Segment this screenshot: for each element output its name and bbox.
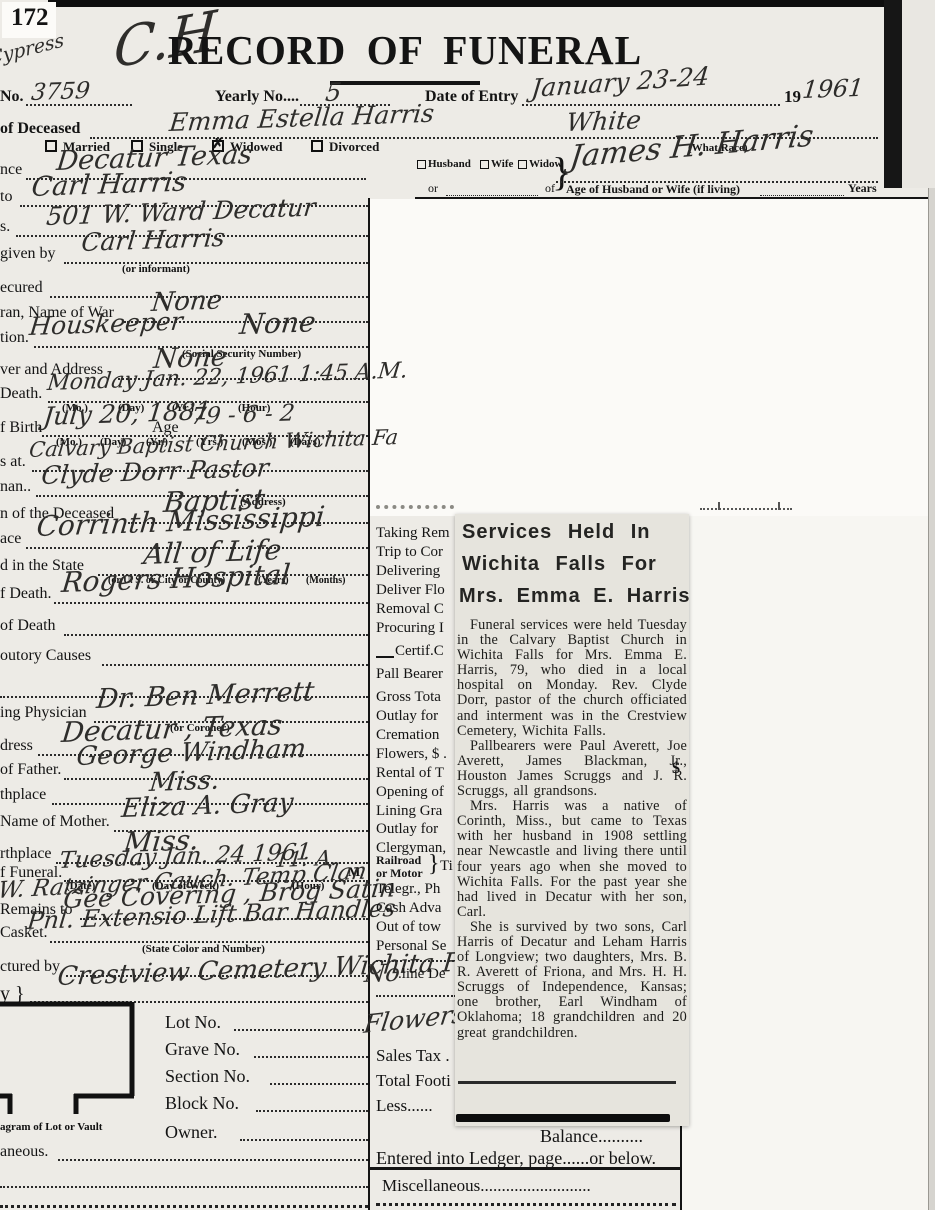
charge-or-motor: or Motor	[376, 866, 423, 881]
charge-outlay-1: Outlay for	[376, 708, 438, 725]
next-page-sliver	[902, 0, 935, 188]
charge-to-label: to	[0, 188, 12, 206]
block-no-leader	[256, 1110, 368, 1112]
mother-value: Eliza A. Gray	[120, 788, 295, 824]
age-value: 79 - 6 - 2	[190, 400, 296, 430]
lot-vault-diagram	[0, 996, 146, 1121]
funeral-record-page: 172 Cypress C.H RECORD OF FUNERAL No. 37…	[0, 0, 935, 1210]
no-value: 3759	[30, 78, 91, 106]
charge-opening: Opening of	[376, 784, 444, 801]
charge-personal-service: Personal Se	[376, 938, 446, 955]
father-birthplace-label: thplace	[0, 786, 46, 804]
charge-removal: Removal C	[376, 601, 444, 618]
charge-cash-advanced: Cash Adva	[376, 900, 441, 917]
ledger-label: Entered into Ledger, page......or below.	[376, 1148, 656, 1169]
clipping-paragraph-1: Funeral services were held Tuesday in th…	[457, 618, 687, 739]
charge-total-footing: Total Footi	[376, 1071, 451, 1091]
misc-left-leader	[58, 1159, 368, 1161]
given-by-leader	[64, 262, 368, 264]
checkbox-husband[interactable]	[417, 160, 426, 169]
right-bottom-edge	[376, 1203, 676, 1206]
entry-year-printed: 19	[784, 87, 801, 107]
lot-no-leader	[234, 1029, 368, 1031]
charge-cremation: Cremation	[376, 727, 439, 744]
grave-no-label: Grave No.	[165, 1039, 240, 1060]
charge-out-of-town: Out of tow	[376, 919, 441, 936]
checkbox-wife-label: Wife	[491, 158, 513, 170]
contributory-leader	[102, 664, 368, 666]
total-footing-rule	[458, 1081, 676, 1084]
or-informant-caption: (or informant)	[122, 263, 190, 275]
place-of-death-leader	[54, 602, 368, 604]
right-column-divider	[680, 1120, 682, 1210]
clipping-bottom-bar	[456, 1114, 670, 1122]
clipping-paragraph-3: Mrs. Harris was a native of Corinth, Mis…	[457, 799, 687, 920]
deceased-label: of Deceased	[0, 120, 80, 138]
date-of-death-label: Death.	[0, 385, 42, 403]
years-label: Years	[848, 181, 877, 196]
balance-label: Balance..........	[540, 1126, 643, 1147]
secured-label: ecured	[0, 279, 43, 297]
age-of-spouse-label: Age of Husband or Wife (if living)	[566, 182, 740, 197]
owner-label: Owner.	[165, 1122, 218, 1143]
clipping-paragraph-2: Pallbearers were Paul Averett, Joe Avere…	[457, 739, 687, 799]
clipping-paragraph-4: She is survived by two sons, Carl Harris…	[457, 920, 687, 1041]
left-bottom-edge	[0, 1205, 368, 1208]
owner-leader	[240, 1139, 368, 1141]
overlay-tick-2	[778, 502, 780, 510]
scrawl-no: No	[363, 959, 401, 988]
services-at-label: s at.	[0, 453, 26, 471]
overlay-sheet-top	[370, 199, 928, 516]
title-underline	[330, 81, 480, 85]
overlay-tick-1	[718, 502, 720, 510]
given-by-value: Carl Harris	[80, 223, 226, 257]
date-of-birth-label: f Birth	[0, 419, 42, 437]
cause-leader	[64, 634, 368, 636]
stray-dollar-sign: $	[672, 760, 680, 778]
section-no-label: Section No.	[165, 1066, 250, 1087]
charge-certif-copies: Certif.C	[395, 643, 444, 660]
charge-dots-2	[376, 995, 456, 997]
clipping-headline-1: Services Held In	[462, 521, 651, 544]
grave-no-leader	[254, 1056, 368, 1058]
entry-leader	[522, 104, 780, 106]
checkbox-widow[interactable]	[518, 160, 527, 169]
place-of-death-label: f Death.	[0, 585, 52, 603]
occupation-label: tion.	[0, 329, 29, 347]
charge-taking-remains: Taking Rem	[376, 525, 450, 542]
manufactured-by-label: ctured by	[0, 958, 60, 976]
charge-rental: Rental of T	[376, 765, 444, 782]
checkbox-married[interactable]	[45, 140, 57, 152]
charge-line-de: .line De	[398, 966, 445, 983]
date-of-birth-value: July 20, 1881	[42, 396, 212, 431]
column-divider	[368, 198, 370, 1210]
charge-telegrams: Telegr., Ph	[376, 881, 440, 898]
clipping-headline-3: Mrs. Emma E. Harris	[459, 585, 691, 608]
faded-charge-line	[376, 505, 454, 509]
residence-label: nce	[0, 161, 22, 179]
deceased-name-value: Emma Estella Harris	[168, 99, 436, 137]
form-title: RECORD OF FUNERAL	[168, 26, 642, 74]
clergyman-name-label: nan..	[0, 478, 31, 496]
mother-label: Name of Mother.	[0, 813, 110, 831]
checkbox-divorced-label: Divorced	[329, 139, 379, 155]
left-blank-leader2	[0, 1186, 368, 1188]
overlay-sheet-right	[682, 516, 928, 1210]
state-color-caption: (State Color and Number)	[142, 943, 265, 955]
charge-outlay-2: Outlay for	[376, 821, 438, 838]
lot-no-label: Lot No.	[165, 1012, 221, 1033]
age-leader	[760, 195, 844, 196]
charge-pall-bearers: Pall Bearer	[376, 666, 443, 683]
scrawl-flowers: Flowers	[362, 999, 467, 1039]
or-label: or	[428, 181, 438, 196]
place-of-death-value: Rogers Hospital	[60, 558, 292, 599]
charge-deliver-flowers: Deliver Flo	[376, 582, 445, 599]
page-number: 172	[11, 4, 49, 32]
given-by-label: given by	[0, 245, 56, 263]
block-no-label: Block No.	[165, 1093, 239, 1114]
charge-gross-total: Gross Tota	[376, 689, 441, 706]
charge-lining-grave: Lining Gra	[376, 803, 442, 820]
checkbox-divorced[interactable]	[311, 140, 323, 152]
of-label: of	[545, 181, 555, 196]
cause-of-death-label: of Death	[0, 617, 56, 635]
charge-less: Less......	[376, 1096, 433, 1116]
charge-flowers: Flowers, $ .	[376, 746, 447, 763]
lived-cap-months: (Months)	[306, 575, 345, 586]
charge-sales-tax: Sales Tax .	[376, 1046, 450, 1066]
clipping-headline-2: Wichita Falls For	[462, 553, 657, 576]
certif-dash	[376, 656, 394, 658]
or-leader	[446, 195, 538, 196]
miscellaneous-left-label: aneous.	[0, 1143, 48, 1161]
miscellaneous-right-label: Miscellaneous..........................	[382, 1176, 591, 1196]
right-edge-strip	[928, 188, 935, 1210]
charge-brace: }	[428, 851, 440, 878]
address-label: s.	[0, 218, 10, 236]
diagram-caption: agram of Lot or Vault	[0, 1121, 102, 1133]
entry-year-value: 1961	[801, 74, 865, 104]
clipping-body: Funeral services were held Tuesday in th…	[457, 618, 687, 1041]
charge-procuring: Procuring I	[376, 620, 444, 637]
checkbox-husband-label: Husband	[428, 158, 471, 170]
physician-address-label: dress	[0, 737, 33, 755]
charge-trip: Trip to Cor	[376, 544, 443, 561]
ssn-value: None	[238, 305, 317, 341]
date-of-entry-label: Date of Entry	[425, 88, 518, 106]
charge-tickets: Ti	[440, 858, 453, 875]
race-value: White	[565, 105, 643, 137]
father-label: of Father.	[0, 761, 61, 779]
ledger-rule	[368, 1167, 682, 1170]
mother-birthplace-label: rthplace	[0, 845, 52, 863]
page-edge-dark-band	[884, 0, 902, 188]
charge-delivering: Delivering	[376, 563, 440, 580]
contributory-causes-label: outory Causes	[0, 647, 91, 665]
birthplace-label: ace	[0, 530, 21, 548]
occupation-value: Houskeeper	[28, 307, 184, 341]
no-label: No.	[0, 88, 24, 106]
section-no-leader	[270, 1083, 368, 1085]
checkbox-wife[interactable]	[480, 160, 489, 169]
